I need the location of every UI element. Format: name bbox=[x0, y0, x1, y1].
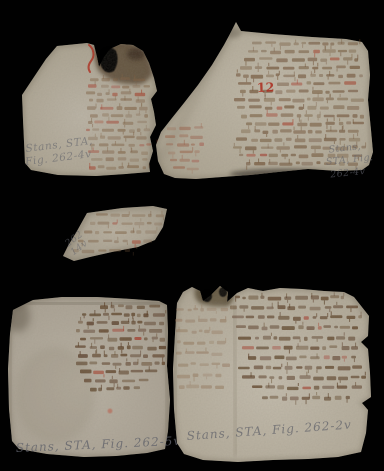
photo-canvas: Stans, STA, Fig. 262-4v 12 Stans, STA, F… bbox=[0, 0, 384, 471]
